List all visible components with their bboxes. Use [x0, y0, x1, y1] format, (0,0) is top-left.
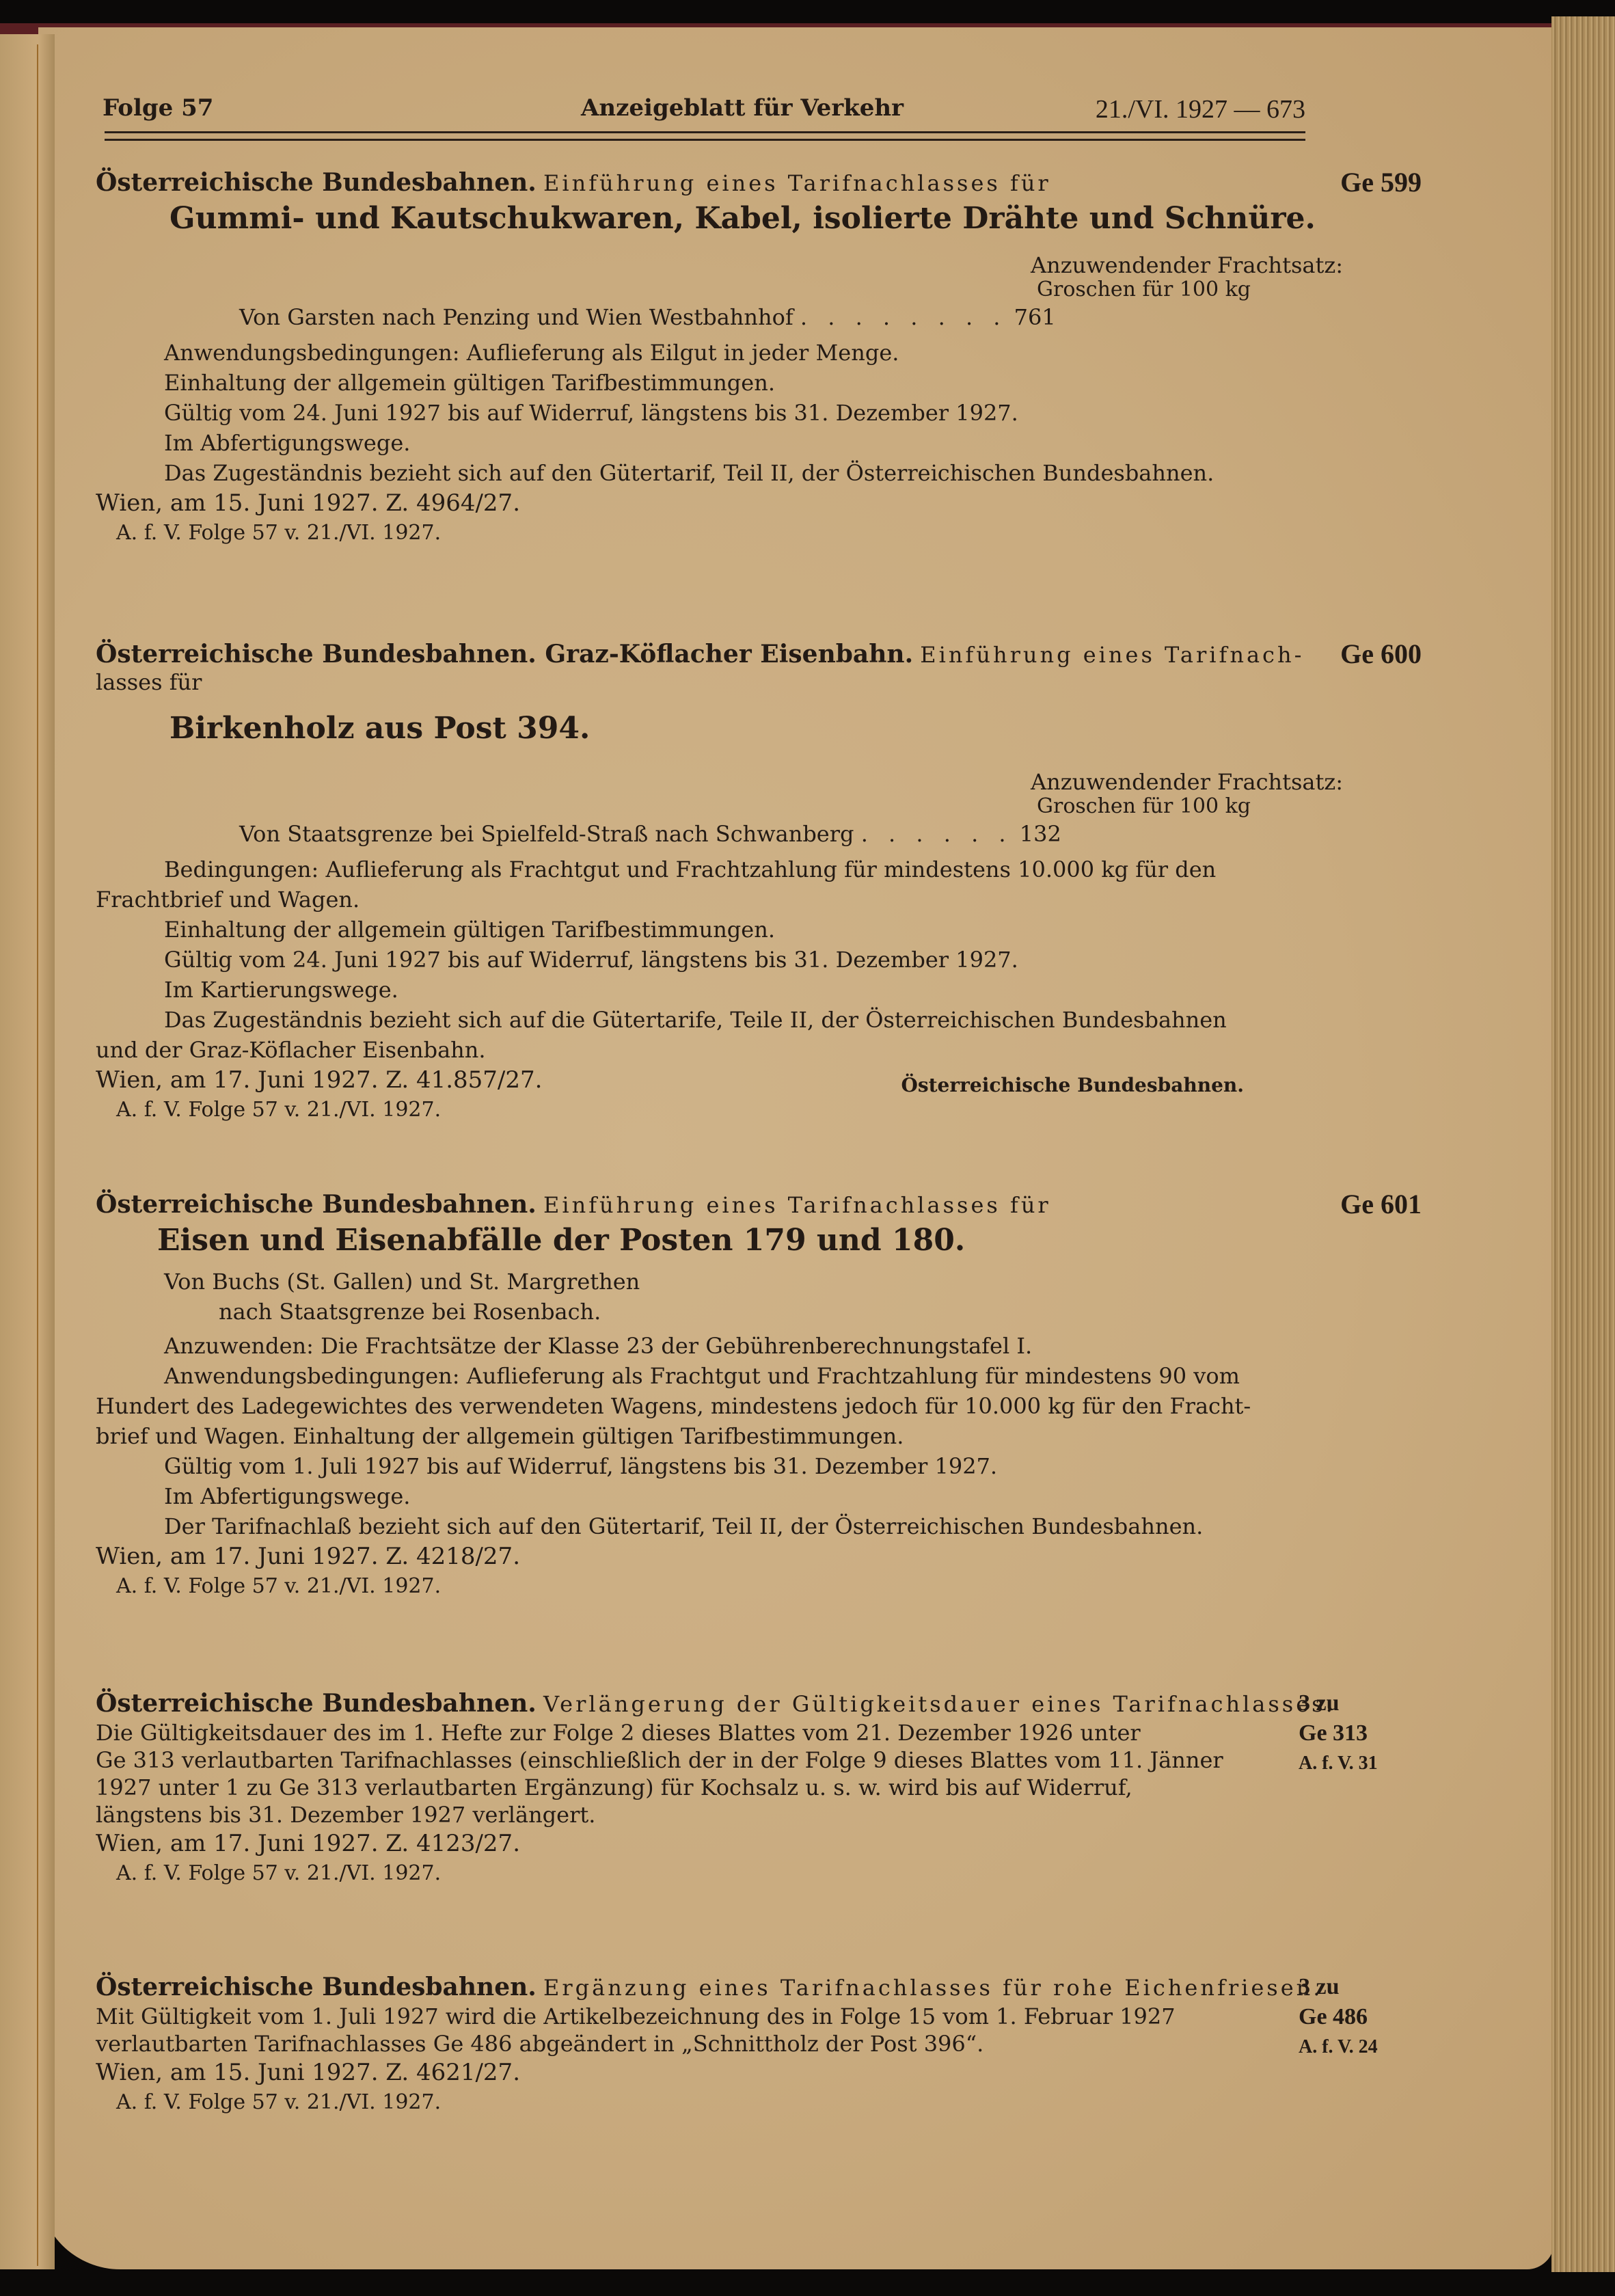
- entry-intro: Einführung eines Tarifnachlasses für: [543, 170, 1051, 196]
- condition-line: Im Abfertigungswege.: [96, 428, 1422, 458]
- body-line: längstens bis 31. Dezember 1927 verlänge…: [96, 1801, 1299, 1828]
- rate-row: Von Garsten nach Penzing und Wien Westba…: [96, 302, 1422, 332]
- tariff-code: Ge 599: [1340, 167, 1422, 198]
- margin-note: 3 zu: [1299, 1688, 1422, 1718]
- condition-line: Das Zugeständnis bezieht sich auf den Gü…: [96, 458, 1422, 488]
- body-line: 1927 unter 1 zu Ge 313 verlautbarten Erg…: [96, 1774, 1299, 1801]
- margin-notes: 3 zu Ge 313 A. f. V. 31: [1299, 1688, 1422, 1779]
- condition-line: Anwendungsbedingungen: Auflieferung als …: [96, 338, 1422, 368]
- entry-ge-600: Österreichische Bundesbahnen. Graz-Köfla…: [96, 639, 1422, 1125]
- body-line: verlautbarten Tarifnachlasses Ge 486 abg…: [96, 2030, 1299, 2057]
- entry-issuer: Österreichische Bundesbahnen.: [96, 1689, 537, 1718]
- condition-line: Anwendungsbedingungen: Auflieferung als …: [96, 1361, 1422, 1391]
- place-date-text: Wien, am 17. Juni 1927. Z. 41.857/27.: [96, 1066, 542, 1094]
- leader-dots: . . . . . .: [861, 821, 1013, 847]
- entry-intro-cont: lasses für: [96, 670, 1422, 694]
- margin-notes: 3 zu Ge 486 A. f. V. 24: [1299, 1972, 1422, 2062]
- place-date: Wien, am 17. Juni 1927. Z. 4218/27.: [96, 1541, 1422, 1571]
- margin-note: A. f. V. 24: [1299, 2032, 1422, 2062]
- margin-note: Ge 486: [1299, 2002, 1422, 2032]
- body-line: Die Gültigkeitsdauer des im 1. Hefte zur…: [96, 1719, 1299, 1746]
- condition-line: Einhaltung der allgemein gültigen Tarifb…: [96, 368, 1422, 398]
- place-date: Wien, am 17. Juni 1927. Z. 41.857/27. Ös…: [96, 1065, 1422, 1095]
- condition-line: Das Zugeständnis bezieht sich auf die Gü…: [96, 1005, 1422, 1035]
- running-header: Folge 57 Anzeigeblatt für Verkehr 21./VI…: [103, 94, 1305, 135]
- margin-note: A. f. V. 31: [1299, 1748, 1422, 1779]
- date-and-page: 21./VI. 1927 — 673: [1096, 94, 1305, 124]
- body-line: Mit Gültigkeit vom 1. Juli 1927 wird die…: [96, 2003, 1299, 2030]
- condition-line: Anzuwenden: Die Frachtsätze der Klasse 2…: [96, 1331, 1422, 1361]
- rate-row: Von Staatsgrenze bei Spielfeld-Straß nac…: [96, 819, 1422, 849]
- reference: A. f. V. Folge 57 v. 21./VI. 1927.: [96, 1859, 1299, 1889]
- entry-intro: Verlängerung der Gültigkeitsdauer eines …: [543, 1691, 1335, 1717]
- condition-line: Bedingungen: Auflieferung als Frachtgut …: [96, 854, 1422, 884]
- leader-dots: . . . . . . . .: [800, 304, 1007, 330]
- margin-note: Ge 313: [1299, 1718, 1422, 1748]
- tariff-code: Ge 600: [1340, 639, 1422, 669]
- rate-header: Anzuwendender Frachtsatz:: [96, 253, 1422, 278]
- right-page-stack: [1551, 16, 1615, 2272]
- rate-value: 132: [1020, 821, 1061, 847]
- reference: A. f. V. Folge 57 v. 21./VI. 1927.: [96, 518, 1422, 548]
- entry-ge-601: Österreichische Bundesbahnen. Einführung…: [96, 1189, 1422, 1602]
- condition-line: Der Tarifnachlaß bezieht sich auf den Gü…: [96, 1511, 1422, 1541]
- condition-line: Im Abfertigungswege.: [96, 1481, 1422, 1511]
- route: Von Garsten nach Penzing und Wien Westba…: [239, 304, 793, 330]
- header-rule: [105, 131, 1305, 141]
- reference: A. f. V. Folge 57 v. 21./VI. 1927.: [96, 1095, 1422, 1125]
- gutter-line: [37, 44, 38, 2266]
- entry-issuer: Österreichische Bundesbahnen.: [96, 1190, 537, 1219]
- condition-line: Gültig vom 24. Juni 1927 bis auf Widerru…: [96, 398, 1422, 428]
- condition-line: und der Graz-Köflacher Eisenbahn.: [96, 1035, 1422, 1065]
- rate-unit: Groschen für 100 kg: [96, 278, 1422, 302]
- tariff-code: Ge 601: [1340, 1189, 1422, 1219]
- entry-issuer: Österreichische Bundesbahnen.: [96, 168, 537, 197]
- place-date: Wien, am 17. Juni 1927. Z. 4123/27.: [96, 1828, 1299, 1859]
- entry-intro: Ergänzung eines Tarifnachlasses für rohe…: [543, 1975, 1322, 2001]
- entry-intro: Einführung eines Tarifnach-: [920, 642, 1304, 668]
- route-line: Von Buchs (St. Gallen) und St. Margrethe…: [96, 1267, 1422, 1297]
- entry-3-zu-ge-313: Österreichische Bundesbahnen. Verlängeru…: [96, 1688, 1422, 1889]
- entry-title: Gummi- und Kautschukwaren, Kabel, isolie…: [96, 198, 1422, 239]
- rate-header: Anzuwendender Frachtsatz:: [96, 770, 1422, 794]
- condition-line: Frachtbrief und Wagen.: [96, 884, 1422, 915]
- entry-title: Eisen und Eisenabfälle der Posten 179 un…: [96, 1220, 1422, 1261]
- route-line: nach Staatsgrenze bei Rosenbach.: [96, 1297, 1422, 1327]
- entry-issuer: Österreichische Bundesbahnen.: [96, 1973, 537, 2001]
- condition-line: Einhaltung der allgemein gültigen Tarifb…: [96, 915, 1422, 945]
- condition-line: Gültig vom 1. Juli 1927 bis auf Widerruf…: [96, 1451, 1422, 1481]
- reference: A. f. V. Folge 57 v. 21./VI. 1927.: [96, 1571, 1422, 1602]
- place-date: Wien, am 15. Juni 1927. Z. 4964/27.: [96, 488, 1422, 518]
- reference: A. f. V. Folge 57 v. 21./VI. 1927.: [96, 2088, 1299, 2118]
- body-line: Ge 313 verlautbarten Tarifnachlasses (ei…: [96, 1746, 1299, 1774]
- entry-issuer: Österreichische Bundesbahnen. Graz-Köfla…: [96, 640, 913, 668]
- condition-line: Im Kartierungswege.: [96, 975, 1422, 1005]
- place-date: Wien, am 15. Juni 1927. Z. 4621/27.: [96, 2057, 1299, 2088]
- rate-value: 761: [1014, 304, 1056, 330]
- publication-title: Anzeigeblatt für Verkehr: [581, 94, 904, 122]
- condition-line: Gültig vom 24. Juni 1927 bis auf Widerru…: [96, 945, 1422, 975]
- entry-3-zu-ge-486: Österreichische Bundesbahnen. Ergänzung …: [96, 1972, 1422, 2118]
- left-page-edge: [0, 34, 55, 2269]
- rate-unit: Groschen für 100 kg: [96, 794, 1422, 819]
- entry-ge-599: Österreichische Bundesbahnen. Einführung…: [96, 167, 1422, 548]
- margin-note: 3 zu: [1299, 1972, 1422, 2002]
- condition-line: Hundert des Ladegewichtes des verwendete…: [96, 1391, 1422, 1421]
- entry-title: Birkenholz aus Post 394.: [96, 708, 1422, 749]
- entry-intro: Einführung eines Tarifnachlasses für: [543, 1192, 1051, 1218]
- condition-line: brief und Wagen. Einhaltung der allgemei…: [96, 1421, 1422, 1451]
- issue-number: Folge 57: [103, 94, 213, 122]
- route: Von Staatsgrenze bei Spielfeld-Straß nac…: [239, 821, 854, 847]
